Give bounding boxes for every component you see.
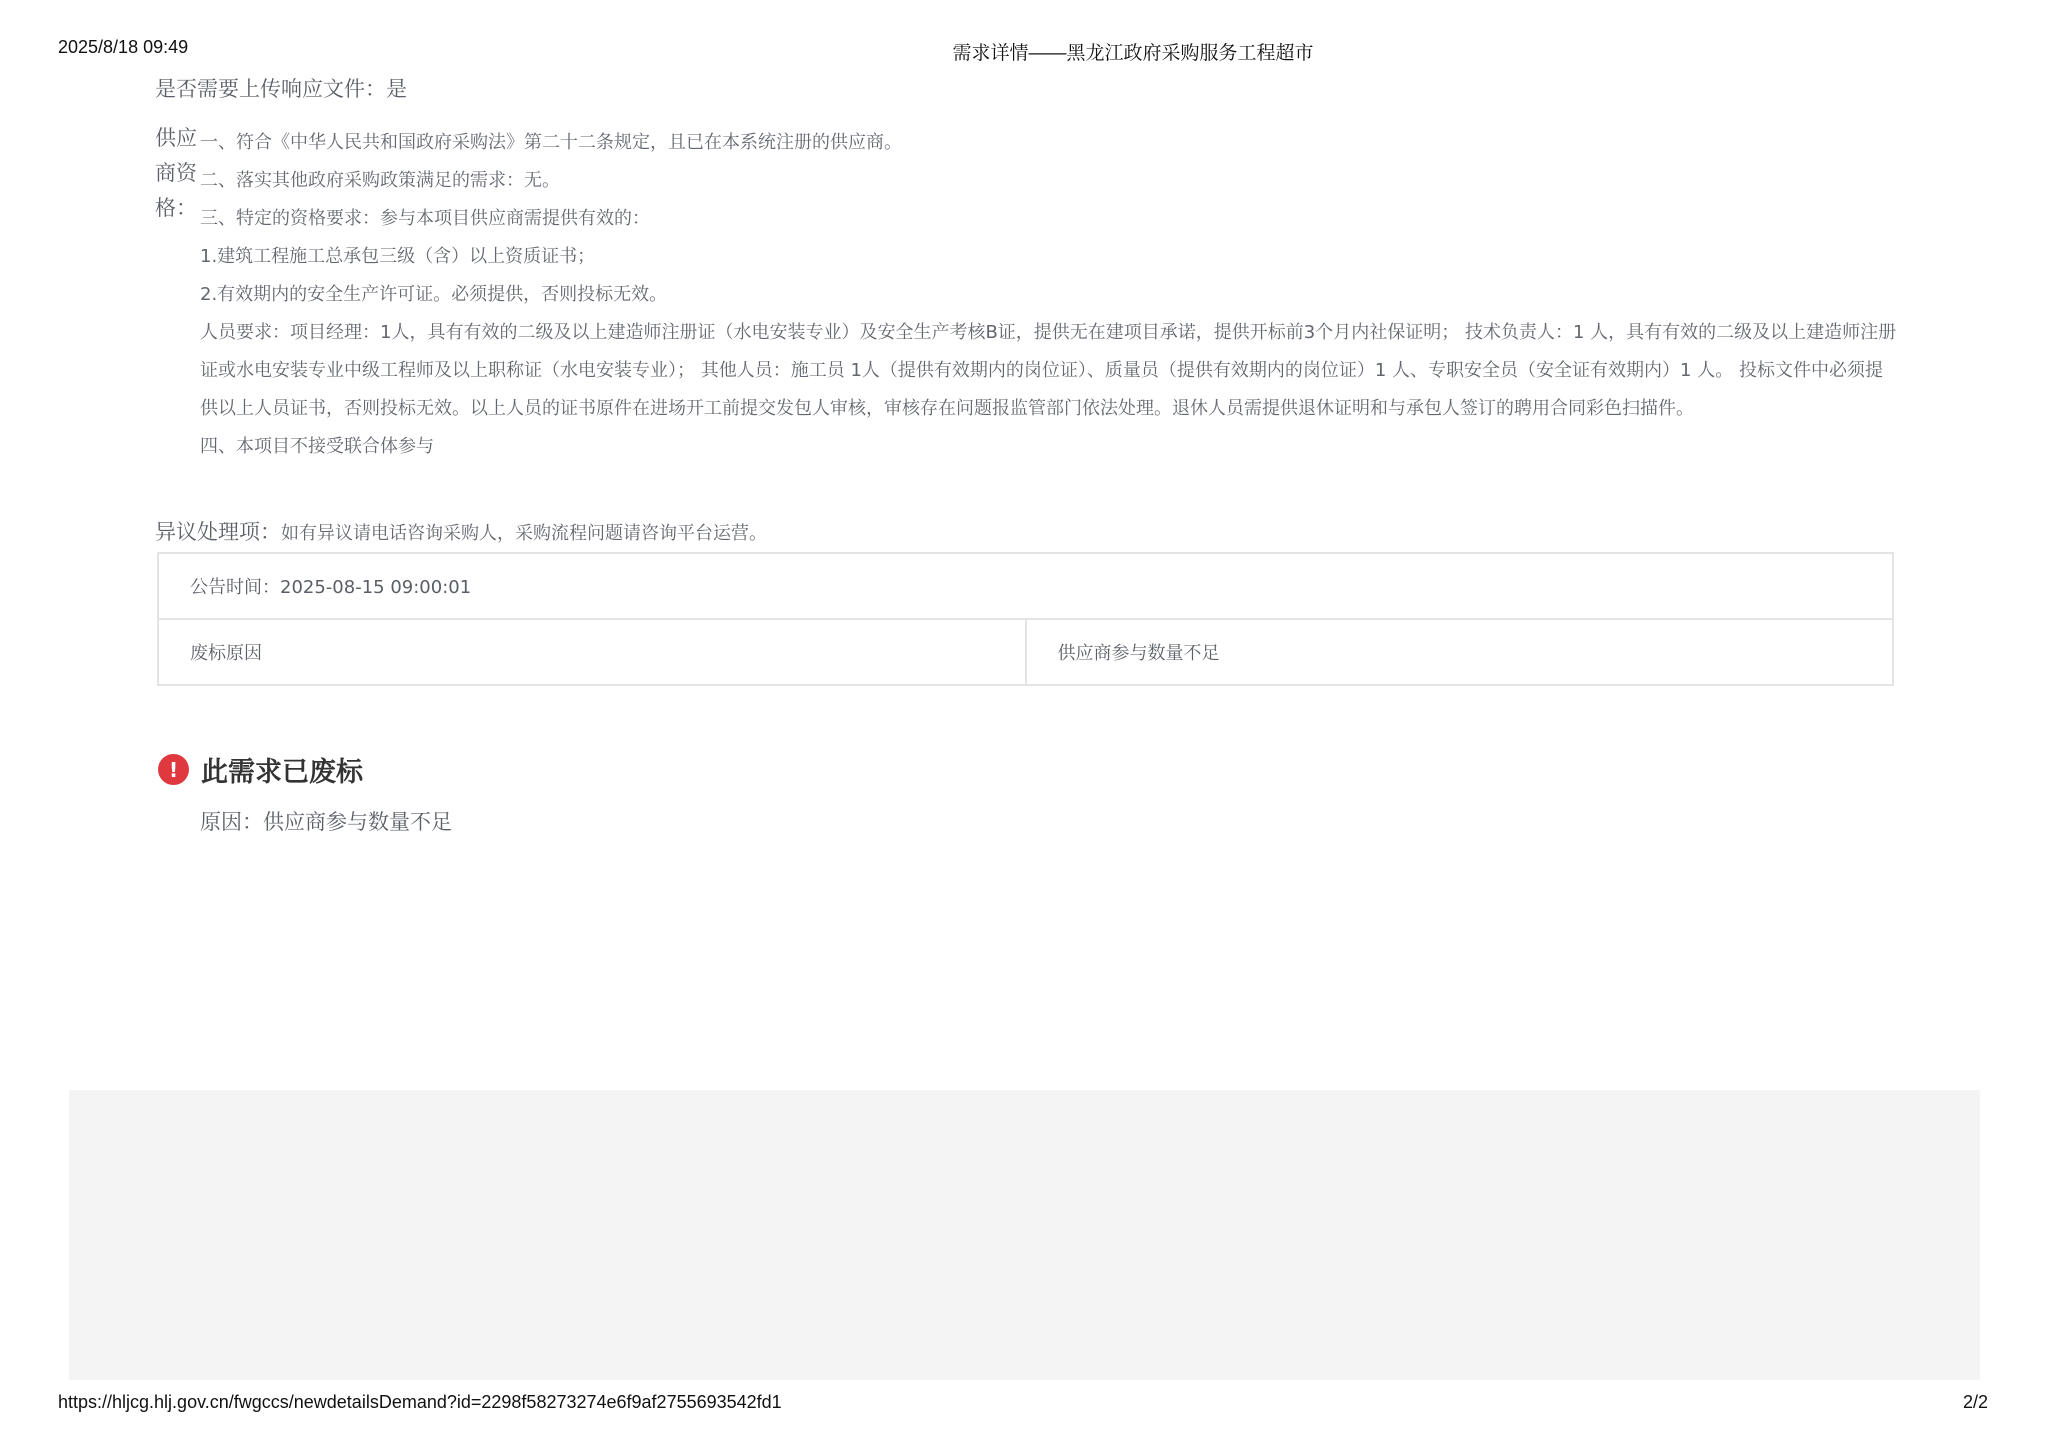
- qualification-item: 二、落实其他政府采购政策满足的需求：无。: [200, 162, 1900, 200]
- footer-placeholder-block: [69, 1090, 1980, 1380]
- print-page-number: 2/2: [1963, 1392, 1988, 1413]
- supplier-qualification-label: 供应商资格：: [155, 121, 203, 226]
- qualification-item: 三、特定的资格要求：参与本项目供应商需提供有效的：: [200, 200, 1900, 238]
- upload-required-row: 是否需要上传响应文件：是: [155, 73, 407, 103]
- upload-required-label: 是否需要上传响应文件：: [155, 77, 386, 101]
- cancel-notice-header: ! 此需求已废标: [158, 750, 363, 789]
- exclamation-circle-icon: !: [158, 754, 189, 785]
- qualification-item: 四、本项目不接受联合体参与: [200, 428, 1900, 466]
- cancel-reason-value: 供应商参与数量不足: [1025, 620, 1893, 684]
- table-row: 公告时间：2025-08-15 09:00:01: [159, 554, 1892, 618]
- upload-required-value: 是: [386, 77, 407, 101]
- cancel-notice-reason: 原因：供应商参与数量不足: [200, 806, 452, 836]
- announce-time: 公告时间：2025-08-15 09:00:01: [159, 554, 1892, 618]
- cancel-notice-title: 此需求已废标: [201, 750, 363, 789]
- qualification-item: 一、符合《中华人民共和国政府采购法》第二十二条规定，且已在本系统注册的供应商。: [200, 124, 1900, 162]
- table-row: 废标原因 供应商参与数量不足: [159, 618, 1892, 684]
- announcement-info-table: 公告时间：2025-08-15 09:00:01 废标原因 供应商参与数量不足: [157, 552, 1894, 686]
- print-url: https://hljcg.hlj.gov.cn/fwgccs/newdetai…: [58, 1392, 782, 1413]
- objection-label: 异议处理项：: [155, 520, 281, 544]
- qualification-item: 2.有效期内的安全生产许可证。必须提供，否则投标无效。: [200, 276, 1900, 314]
- objection-row: 异议处理项：如有异议请电话咨询采购人，采购流程问题请咨询平台运营。: [155, 516, 767, 546]
- qualification-item: 1.建筑工程施工总承包三级（含）以上资质证书；: [200, 238, 1900, 276]
- print-page-title: 需求详情——黑龙江政府采购服务工程超市: [0, 38, 2048, 65]
- objection-value: 如有异议请电话咨询采购人，采购流程问题请咨询平台运营。: [281, 523, 767, 544]
- personnel-requirements: 人员要求：项目经理：1人，具有有效的二级及以上建造师注册证（水电安装专业）及安全…: [200, 314, 1900, 428]
- supplier-qualification-content: 一、符合《中华人民共和国政府采购法》第二十二条规定，且已在本系统注册的供应商。 …: [200, 124, 1900, 466]
- cancel-reason-label: 废标原因: [159, 620, 1025, 684]
